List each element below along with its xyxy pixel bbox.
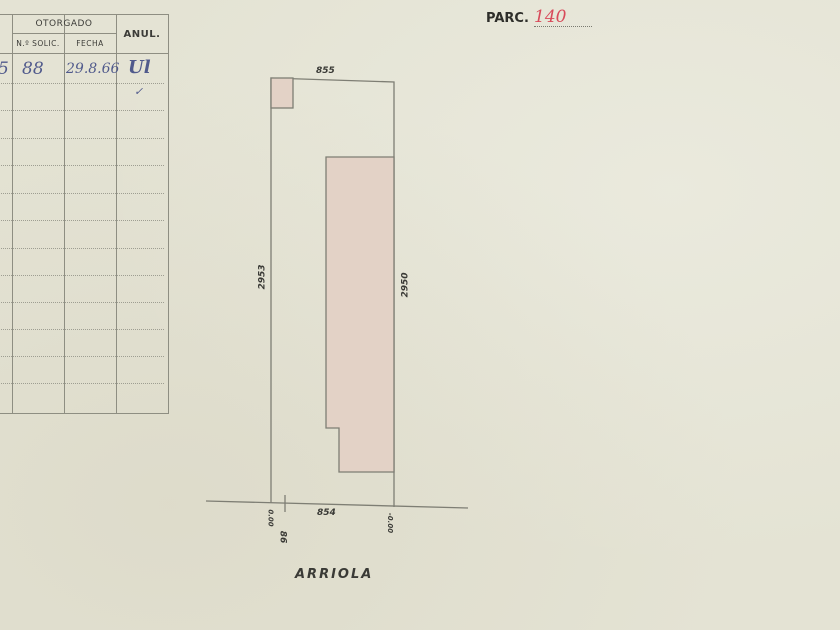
street-name: ARRIOLA	[295, 567, 373, 582]
front-width-dimension: 854	[317, 508, 336, 518]
right-depth-dimension: 2950	[401, 272, 411, 297]
small-built-area	[271, 78, 293, 108]
left-depth-dimension: 2953	[258, 264, 268, 289]
main-built-area	[326, 157, 394, 472]
plot-plan-drawing	[0, 0, 840, 630]
left-offset-dimension: 0.00	[267, 509, 275, 526]
left-mark-dimension: 86	[277, 531, 287, 544]
street-line	[206, 501, 468, 508]
right-offset-dimension: -0.00	[386, 513, 394, 533]
top-width-dimension: 855	[316, 66, 335, 76]
